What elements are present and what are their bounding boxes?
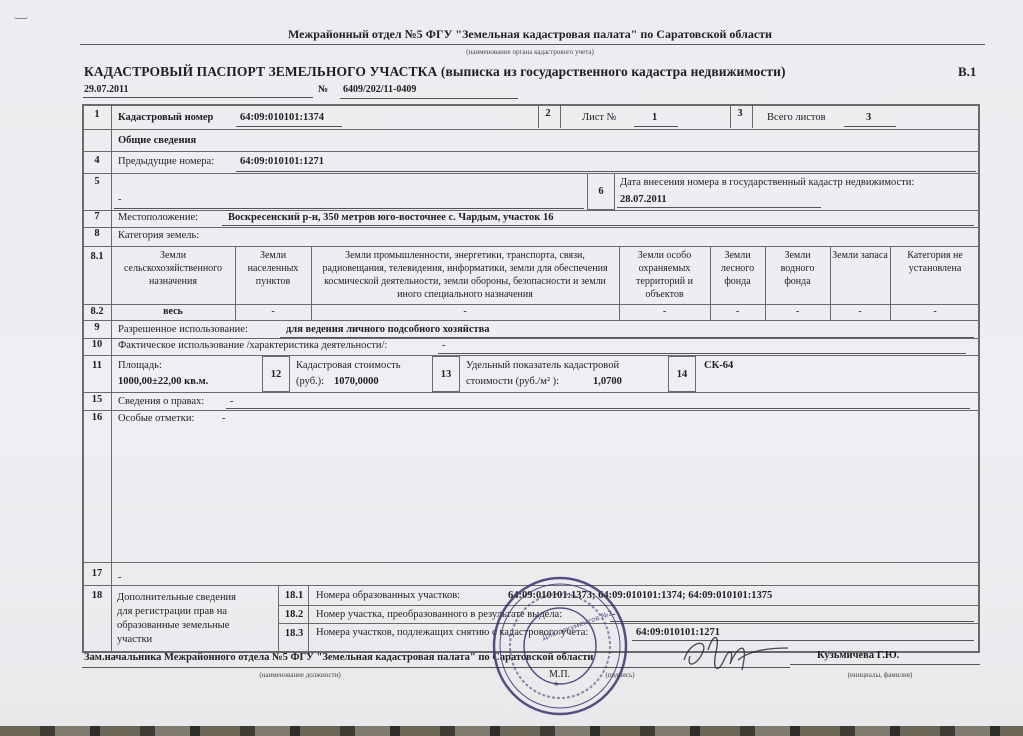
- divider: [80, 44, 985, 45]
- divider: [222, 225, 974, 226]
- row-number: 17: [82, 568, 112, 579]
- row-number: 2: [536, 108, 560, 119]
- divider: [82, 173, 980, 174]
- deregistered-parcels: 64:09:010101:1271: [636, 627, 720, 638]
- cadastral-value: 1070,0000: [334, 376, 379, 387]
- divider: [83, 97, 313, 98]
- total-sheets: 3: [866, 112, 871, 123]
- total-sheets-label: Всего листов: [767, 112, 826, 123]
- specific-value-unit: стоимости (руб./м² ):: [466, 376, 559, 387]
- row5-value: -: [118, 194, 122, 205]
- registration-date: 28.07.2011: [620, 194, 667, 205]
- row-number: 14: [667, 369, 697, 380]
- land-category-value: -: [765, 306, 830, 317]
- label-line: для регистрации прав на: [117, 605, 236, 619]
- land-category-header: Земли населенных пунктов: [237, 249, 309, 288]
- land-category-value: -: [710, 306, 765, 317]
- land-category-label: Категория земель:: [118, 230, 199, 241]
- deregistered-parcels-label: Номера участков, подлежащих снятию с кад…: [316, 627, 588, 638]
- row-number: 12: [261, 369, 291, 380]
- row-number: 9: [82, 322, 112, 333]
- label-line: образованные земельные: [117, 619, 236, 633]
- divider: [82, 562, 980, 563]
- land-category-header: Земли лесного фонда: [712, 249, 763, 288]
- row-number: 15: [82, 394, 112, 405]
- land-category-header: Земли промышленности, энергетики, трансп…: [313, 249, 617, 301]
- row-number: 8: [82, 228, 112, 239]
- divider: [632, 640, 974, 641]
- divider: [82, 210, 980, 211]
- row-number: 11: [82, 360, 112, 371]
- land-category-header: Земли водного фонда: [767, 249, 828, 288]
- special-notes: -: [222, 413, 226, 424]
- row-number: 8.1: [82, 251, 112, 262]
- divider: [438, 353, 966, 354]
- divider: [236, 171, 976, 172]
- form-code: В.1: [958, 64, 976, 80]
- area: 1000,00±22,00 кв.м.: [118, 376, 208, 387]
- permitted-use-label: Разрешенное использование:: [118, 324, 248, 335]
- signature-caption: (подпись): [600, 671, 640, 679]
- sheet-number-label: Лист №: [582, 112, 617, 123]
- cadastral-number-label: Кадастровый номер: [118, 112, 213, 123]
- row-number: 4: [82, 155, 112, 166]
- cadastral-value-unit: (руб.):: [296, 376, 324, 387]
- sheet-number: 1: [652, 112, 657, 123]
- additional-info-label: Дополнительные сведения для регистрации …: [117, 591, 236, 647]
- land-category-header: Земли запаса: [832, 249, 888, 262]
- divider: [82, 392, 980, 393]
- row-number: 7: [82, 211, 112, 222]
- location-label: Местоположение:: [118, 212, 198, 223]
- special-notes-label: Особые отметки:: [118, 413, 194, 424]
- background-surface: [0, 726, 1023, 736]
- land-category-value: весь: [111, 306, 235, 317]
- land-category-value: -: [890, 306, 980, 317]
- divider: [634, 126, 678, 127]
- svg-text:★: ★: [553, 680, 559, 688]
- actual-use: -: [442, 340, 446, 351]
- organization-caption: (наименование органа кадастрового учета): [380, 48, 680, 56]
- divider: [610, 621, 974, 622]
- divider: [844, 126, 896, 127]
- document-page: Межрайонный отдел №5 ФГУ "Земельная када…: [0, 0, 1023, 726]
- organization-name: Межрайонный отдел №5 ФГУ "Земельная када…: [80, 27, 980, 42]
- signer-name: Кузьмичева Г.Ю.: [817, 650, 899, 661]
- row-number: 5: [82, 176, 112, 187]
- signatory-position: Зам.начальника Межрайонного отдела №5 ФГ…: [84, 652, 594, 663]
- row-number: 18.1: [279, 590, 309, 601]
- previous-numbers: 64:09:010101:1271: [240, 156, 324, 167]
- divider: [790, 664, 980, 665]
- divider: [82, 585, 980, 586]
- row17-value: -: [118, 572, 122, 583]
- area-label: Площадь:: [118, 360, 162, 371]
- formed-parcels: 64:09:010101:1373; 64:09:010101:1374; 64…: [508, 590, 772, 601]
- divider: [82, 129, 980, 130]
- rights-info-label: Сведения о правах:: [118, 396, 204, 407]
- divider: [278, 623, 980, 624]
- land-category-header: Земли сельскохозяйственного назначения: [113, 249, 233, 288]
- divider: [560, 104, 561, 128]
- row-number: 18.2: [279, 609, 309, 620]
- divider: [236, 126, 342, 127]
- divider: [82, 304, 980, 305]
- document-title: КАДАСТРОВЫЙ ПАСПОРТ ЗЕМЕЛЬНОГО УЧАСТКА (…: [84, 64, 786, 80]
- document-date: 29.07.2011: [84, 84, 128, 95]
- location: Воскресенский р-н, 350 метров юго-восточ…: [228, 212, 553, 223]
- previous-numbers-label: Предыдущие номера:: [118, 156, 214, 167]
- row-number: 16: [82, 412, 112, 423]
- divider: [340, 98, 518, 99]
- formed-parcels-label: Номера образованных участков:: [316, 590, 460, 601]
- land-category-header: Земли особо охраняемых территорий и объе…: [621, 249, 708, 301]
- divider: [82, 151, 980, 152]
- divider: [82, 338, 980, 339]
- cadastral-district-code: СК-64: [704, 360, 733, 371]
- number-sign: №: [318, 84, 328, 95]
- cadastral-number: 64:09:010101:1374: [240, 112, 324, 123]
- transformed-parcel-label: Номер участка, преобразованного в резуль…: [316, 609, 562, 620]
- land-category-value: -: [311, 306, 619, 317]
- row-number: 18.3: [279, 628, 309, 639]
- land-category-value: -: [619, 306, 710, 317]
- divider: [617, 207, 821, 208]
- page-edge-mark: [14, 15, 28, 19]
- rights-info: -: [230, 396, 234, 407]
- divider: [82, 355, 980, 356]
- divider: [82, 246, 980, 247]
- row-number: 3: [728, 108, 752, 119]
- position-caption: (наименование должности): [200, 671, 400, 679]
- actual-use-label: Фактическое использование /характеристик…: [118, 340, 387, 351]
- section-general-info: Общие сведения: [118, 135, 196, 146]
- row-number: 13: [431, 369, 461, 380]
- divider: [82, 320, 980, 321]
- row-number: 6: [586, 186, 616, 197]
- divider: [82, 410, 980, 411]
- registration-date-label: Дата внесения номера в государственный к…: [620, 177, 914, 188]
- land-category-value: -: [830, 306, 890, 317]
- label-line: Дополнительные сведения: [117, 591, 236, 605]
- divider: [278, 605, 980, 606]
- row-number: 18: [82, 590, 112, 601]
- land-category-value: -: [235, 306, 311, 317]
- document-number: 6409/202/11-0409: [343, 84, 416, 95]
- specific-value-label: Удельный показатель кадастровой: [466, 360, 619, 371]
- row-number: 8.2: [82, 306, 112, 317]
- transformed-parcel: -: [612, 609, 616, 620]
- label-line: участки: [117, 633, 236, 647]
- divider: [752, 104, 753, 128]
- row-number: 1: [82, 109, 112, 120]
- divider: [82, 667, 790, 668]
- divider: [114, 208, 584, 209]
- permitted-use: для ведения личного подсобного хозяйства: [286, 324, 490, 335]
- specific-value: 1,0700: [593, 376, 622, 387]
- signer-caption: (инициалы, фамилия): [810, 671, 950, 679]
- land-category-header: Категория не установлена: [892, 249, 978, 275]
- cadastral-value-label: Кадастровая стоимость: [296, 360, 401, 371]
- seal-mark: М.П.: [549, 669, 570, 680]
- divider: [226, 408, 970, 409]
- divider: [82, 227, 980, 228]
- row-number: 10: [82, 339, 112, 350]
